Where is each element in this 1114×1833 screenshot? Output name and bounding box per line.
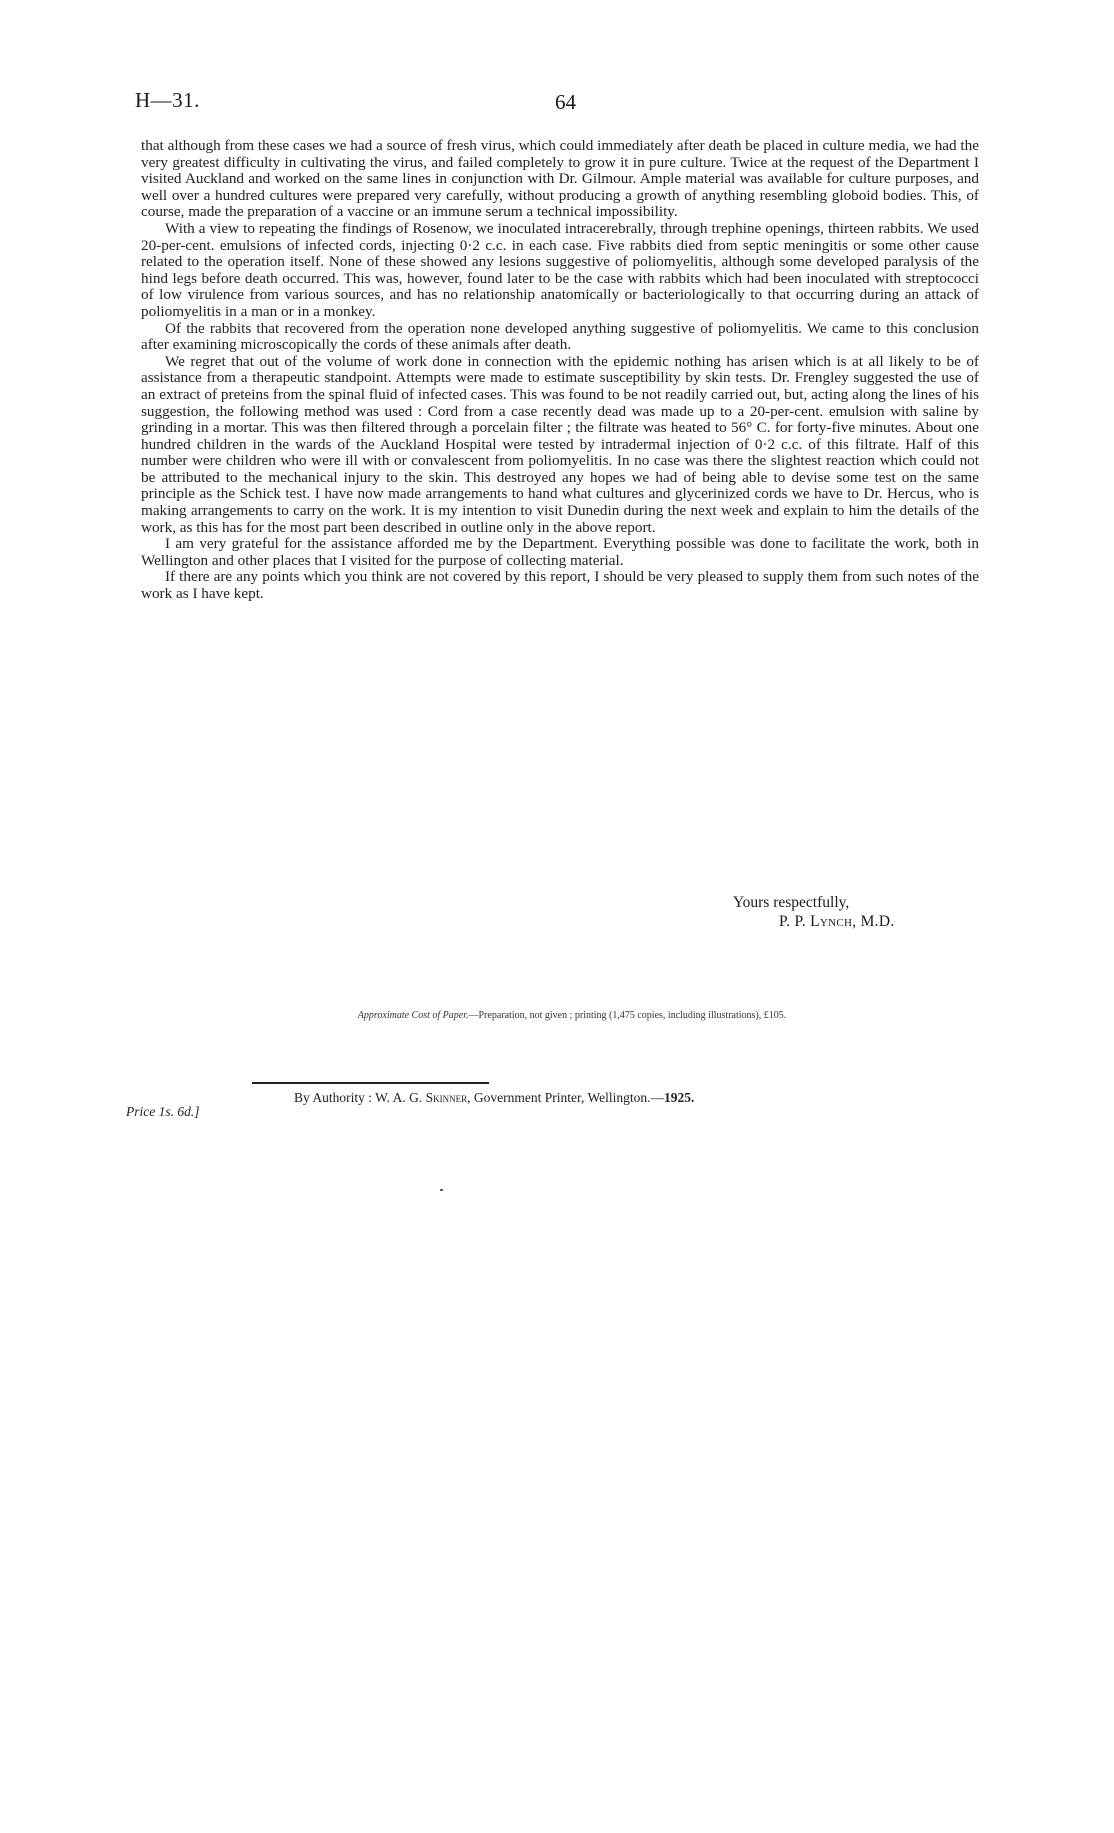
signature-suffix: , M.D. [852,913,894,930]
signature-initials: P. P. [779,913,810,930]
paragraph-5: I am very grateful for the assistance af… [141,536,979,569]
page-number: 64 [555,90,576,115]
cost-text: —Preparation, not given ; printing (1,47… [469,1010,787,1021]
price-note: Price 1s. 6d.] [126,1104,200,1120]
authority-prefix: By Authority : W. A. G. [294,1090,426,1105]
cost-of-paper-note: Approximate Cost of Paper.—Preparation, … [0,1010,1114,1021]
cost-label: Approximate Cost of Paper. [358,1010,469,1021]
report-body: that although from these cases we had a … [141,138,979,603]
signature: P. P. Lynch, M.D. [779,912,895,931]
footer-rule [252,1082,489,1084]
printer-imprint: By Authority : W. A. G. Skinner, Governm… [294,1090,694,1106]
document-reference: H—31. [135,88,200,113]
printer-name: Skinner [426,1090,468,1105]
signature-surname: Lynch [810,913,852,930]
authority-suffix: , Government Printer, Wellington.— [467,1090,664,1105]
imprint-year: 1925. [664,1090,694,1105]
scan-speck [440,1189,443,1191]
paragraph-2: With a view to repeating the findings of… [141,221,979,321]
page-header: H—31. 64 [0,88,1114,118]
paragraph-1: that although from these cases we had a … [141,138,979,221]
paragraph-6: If there are any points which you think … [141,569,979,602]
paragraph-3: Of the rabbits that recovered from the o… [141,321,979,354]
salutation: Yours respectfully, [733,893,849,912]
paragraph-4: We regret that out of the volume of work… [141,354,979,537]
